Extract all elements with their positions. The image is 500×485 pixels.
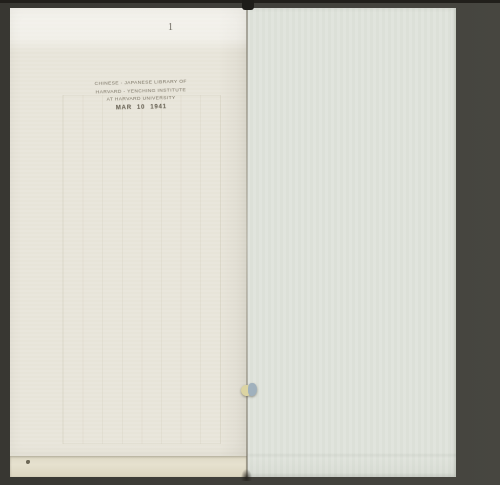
paper-fragment — [240, 382, 258, 398]
library-stamp: CHINESE - JAPANESE LIBRARY OF HARVARD - … — [92, 78, 190, 113]
paper-fragment-blue-part — [248, 383, 257, 396]
scanned-book-spread: 1 CHINESE - JAPANESE LIBRARY OF HARVARD … — [0, 0, 500, 485]
page-number-mark: 1 — [168, 22, 173, 33]
ghost-grid-showthrough — [62, 95, 221, 444]
right-page — [247, 8, 456, 477]
left-page: 1 CHINESE - JAPANESE LIBRARY OF HARVARD … — [10, 8, 247, 456]
left-page-bottom-edge — [10, 456, 247, 477]
gutter-bottom-gap — [241, 469, 252, 481]
gutter-top-gap — [242, 0, 254, 10]
gutter-line — [246, 8, 248, 477]
